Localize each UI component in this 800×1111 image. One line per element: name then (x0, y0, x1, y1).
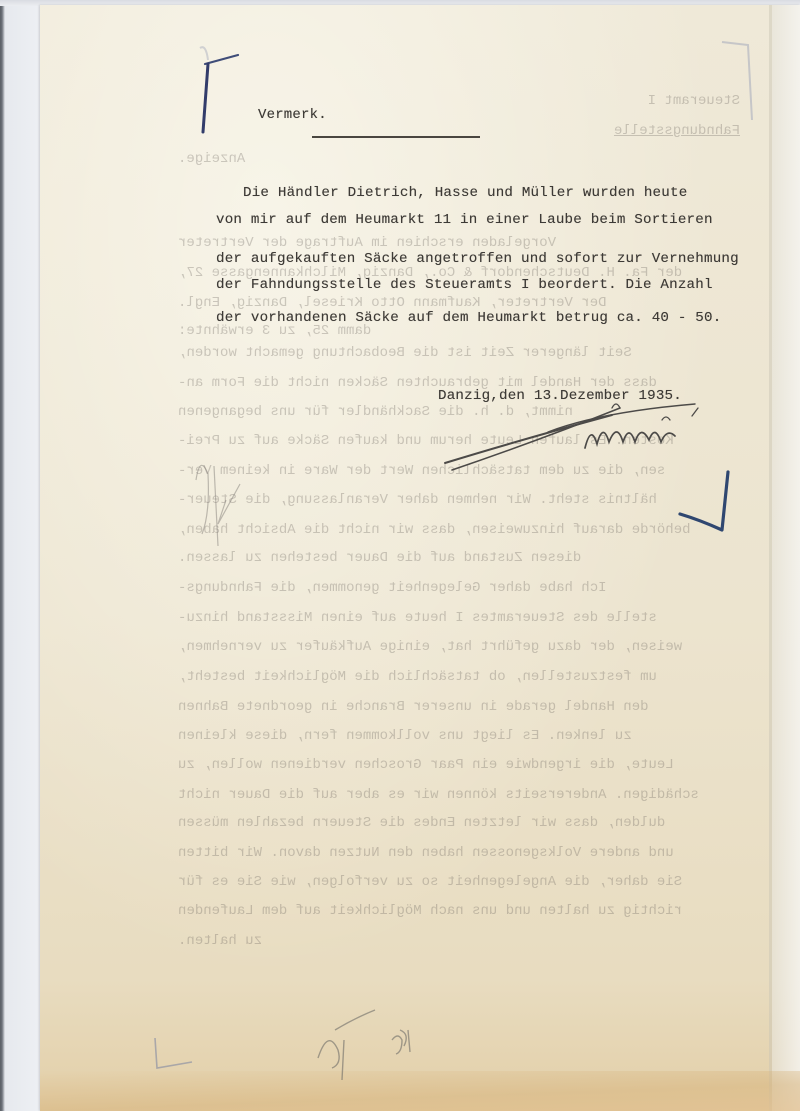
bleed-line: hältnis steht. Wir nehmen daher Veranlas… (178, 493, 778, 507)
bleed-line: Seit längerer Zeit ist die Beobachtung g… (178, 346, 778, 360)
body-line: der aufgekauften Säcke angetroffen und s… (216, 252, 739, 266)
bleed-line: den Handel gerade in unserer Branche in … (178, 700, 778, 714)
bleed-line: richtig zu halten und uns nach Möglichke… (178, 904, 778, 918)
bleed-line: behörde darauf hinzuweisen, dass wir nic… (178, 523, 778, 537)
bleed-line: sen, die zu dem tatsächlichen Wert der W… (178, 464, 778, 478)
bleed-header-line: Fahndungsstelle (560, 124, 740, 138)
bleed-line: stelle des Steueramtes I heute auf einen… (178, 611, 778, 625)
place-date: Danzig,den 13.Dezember 1935. (438, 389, 682, 403)
bleed-line: zu halten. (178, 934, 778, 948)
bleed-line: zu lenken. Es liegt uns vollkommen fern,… (178, 729, 778, 743)
bleed-line: um festzustellen, ob tatsächlich die Mög… (178, 670, 778, 684)
bleed-line: Ich habe daher Gelegenheit genommen, die… (178, 581, 778, 595)
bleed-header-line: Steueramt I (560, 94, 740, 108)
body-line: der vorhandenen Säcke auf dem Heumarkt b… (216, 311, 721, 325)
bleed-line: schädigen. Andererseits können wir es ab… (178, 788, 778, 802)
bleed-line: Sie daher, die Angelegenheit so zu verfo… (178, 875, 778, 889)
body-line: der Fahndungsstelle des Steueramts I beo… (216, 278, 713, 292)
bleed-line: nimmt, d. h. die Sackhändler für uns beg… (178, 405, 778, 419)
bleed-line: dulden, dass wir letzten Endes die Steue… (178, 816, 778, 830)
paper-bottom-curl (40, 1071, 800, 1111)
document-title: Vermerk. (258, 108, 327, 122)
bleed-line: Vorgeladen erschien im Auftrage der Vert… (178, 236, 778, 250)
body-line: Die Händler Dietrich, Hasse und Müller w… (243, 186, 687, 200)
body-line: von mir auf dem Heumarkt 11 in einer Lau… (216, 213, 713, 227)
bleed-line: Der Vertreter, Kaufmann Otto Kriesel, Da… (178, 296, 778, 310)
bleed-line: Kosten. Es laufen Leute herum und kaufen… (178, 434, 778, 448)
title-underline (312, 136, 480, 138)
bleed-line: weisen, der dazu geführt hat, einige Auf… (178, 640, 778, 654)
bleed-line: damm 25, zu 3 erwähnte: (178, 324, 778, 338)
bleed-line: Anzeige. (178, 152, 778, 166)
bleed-line: Leute, die irgendwie ein Paar Groschen v… (178, 758, 778, 772)
bleed-line: und andere Volksgenossen haben den Nutze… (178, 846, 778, 860)
scanner-background (0, 0, 42, 1111)
bleed-line: diesen Zustand auf die Dauer bestehen zu… (178, 551, 778, 565)
